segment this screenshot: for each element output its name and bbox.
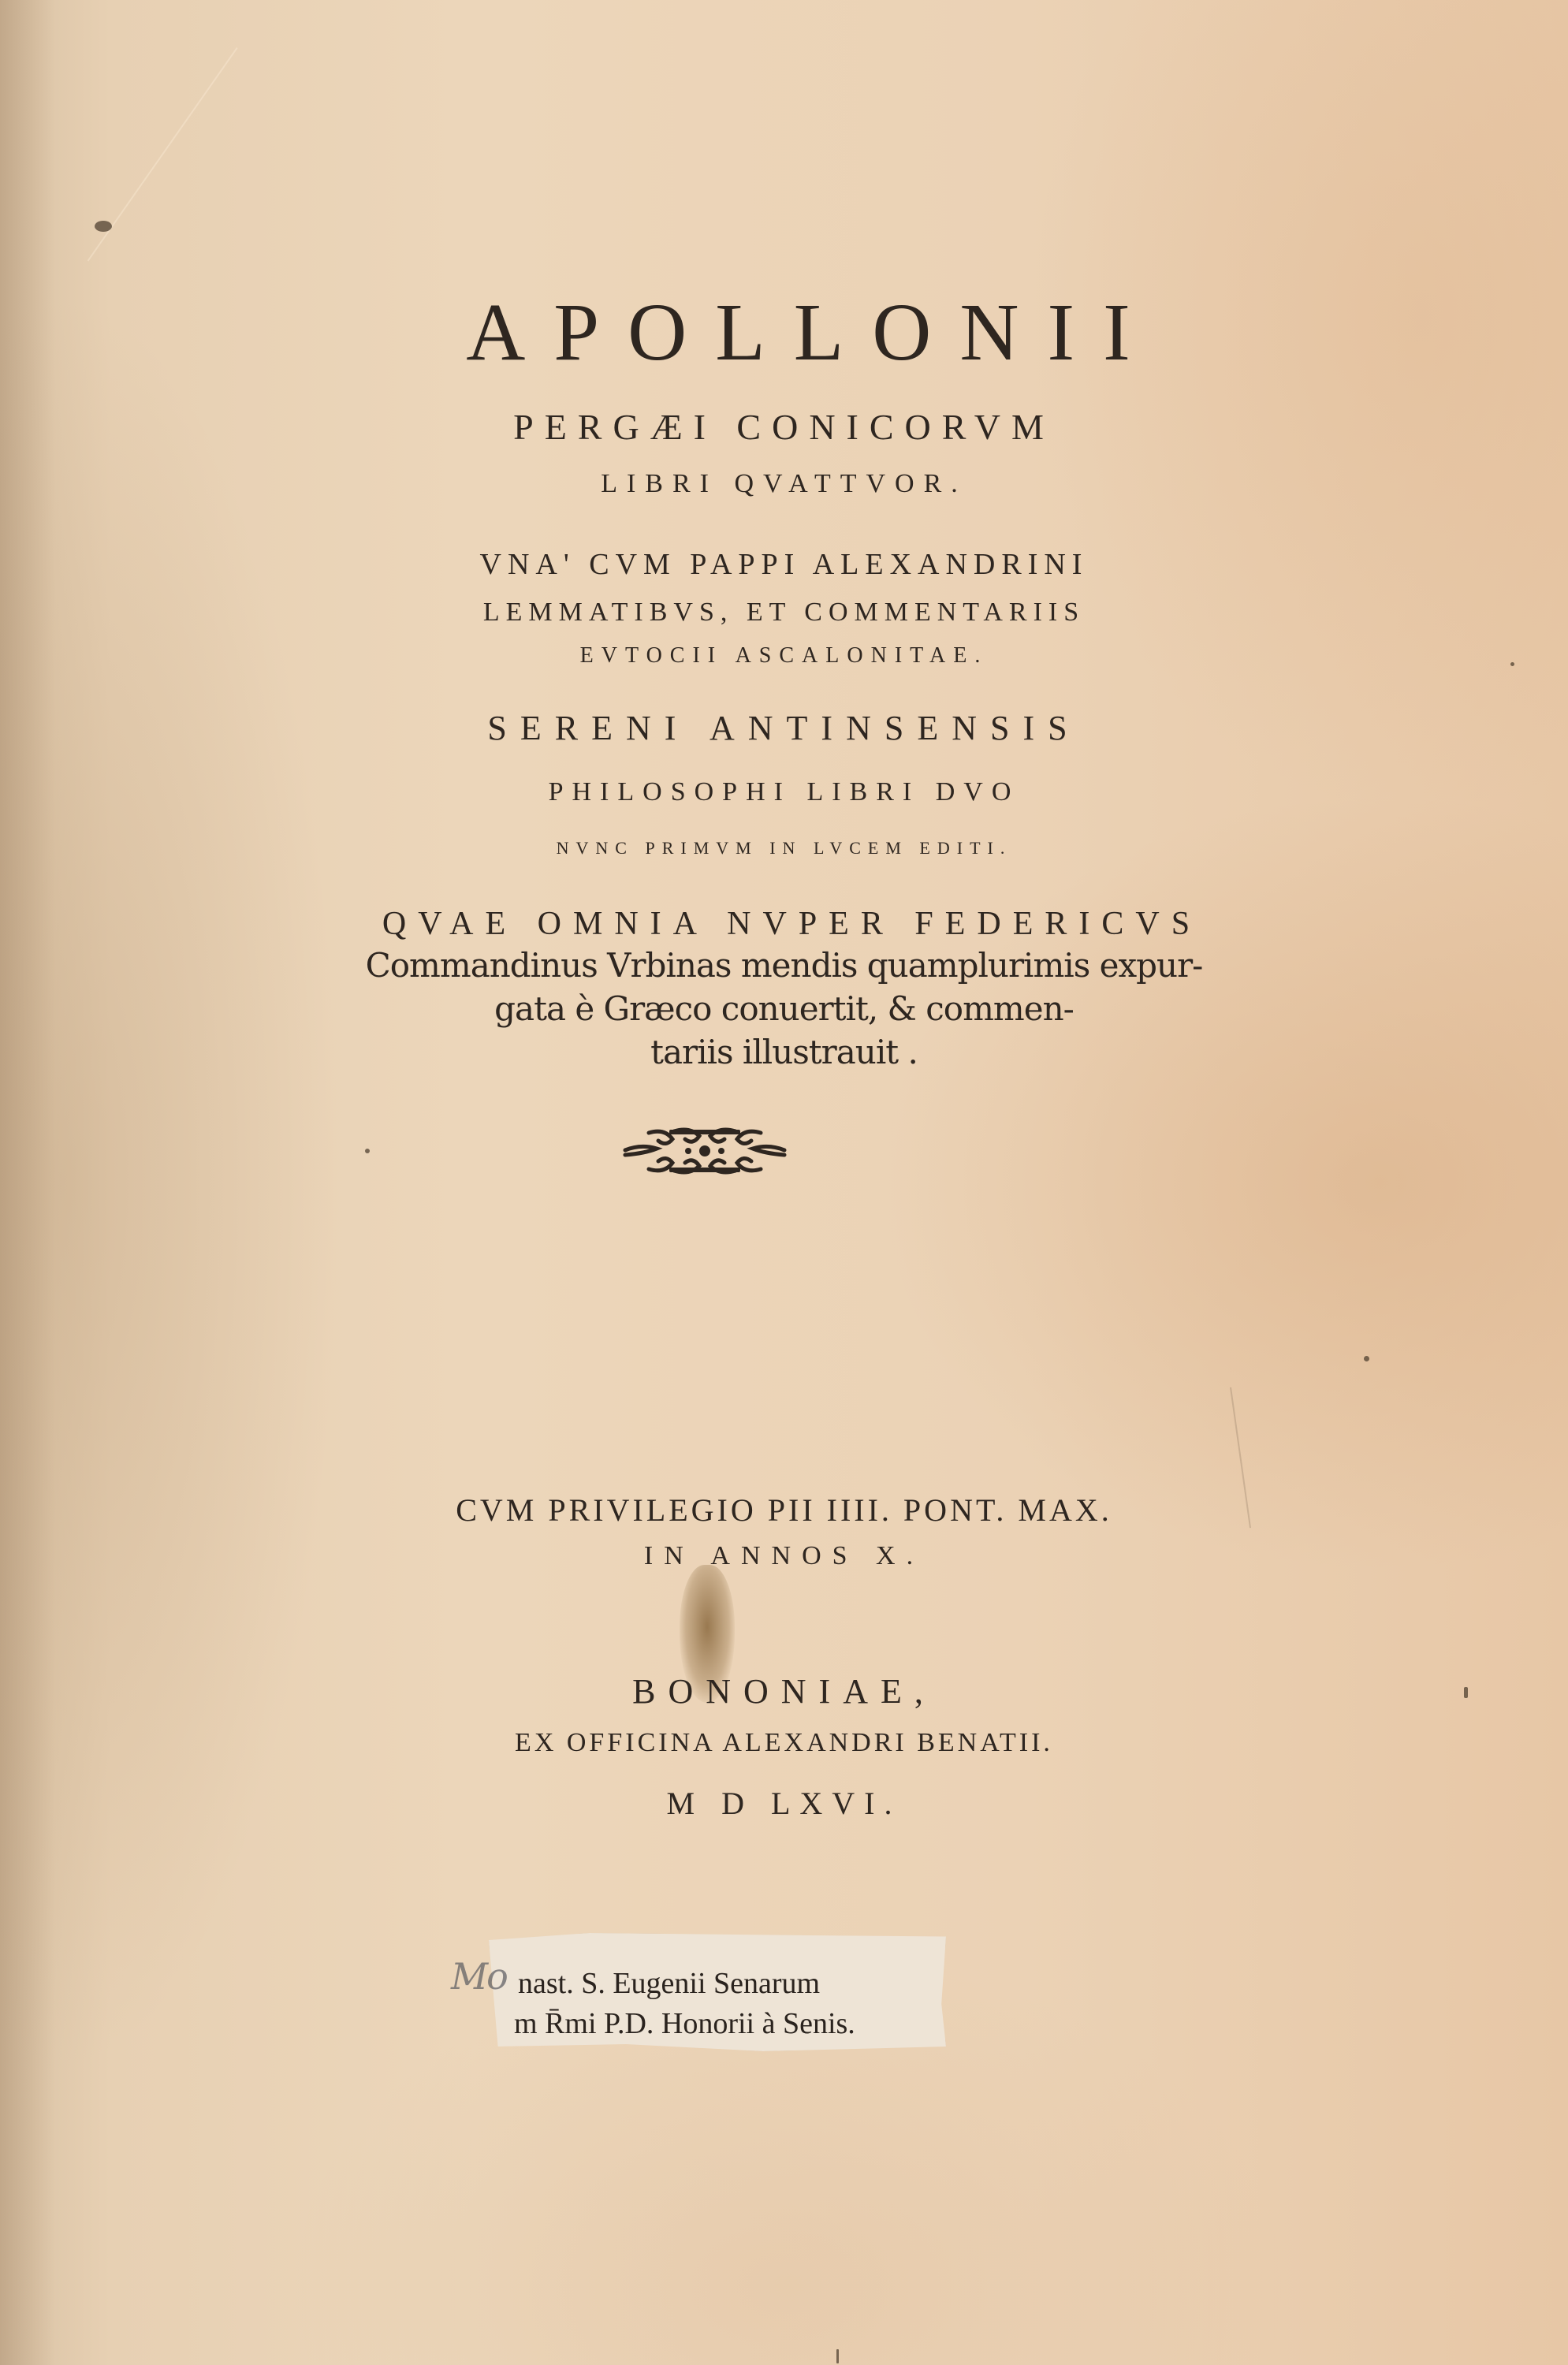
imprint-place: BONONIAE,	[0, 1671, 1568, 1711]
ownership-handwritten-prefix: Mo	[451, 1955, 507, 1998]
editor-line-quae-omnia: QVAE OMNIA NVPER FEDERICVS	[0, 905, 1568, 943]
title-line-libri-quattuor: LIBRI QVATTVOR.	[0, 469, 1568, 499]
title-page: APOLLONII PERGÆI CONICORVM LIBRI QVATTVO…	[0, 0, 1568, 2365]
editor-line-tariis: tariis illustrauit .	[0, 1033, 1568, 1071]
foxing-speck	[95, 221, 112, 232]
title-line-una-cum-pappi: VNA' CVM PAPPI ALEXANDRINI	[0, 547, 1568, 582]
privilege-years-line: IN ANNOS X.	[0, 1541, 1568, 1571]
imprint-printer: EX OFFICINA ALEXANDRI BENATII.	[0, 1728, 1568, 1758]
editor-line-commandinus: Commandinus Vrbinas mendis quamplurimis …	[0, 946, 1568, 985]
author-title: APOLLONII	[0, 285, 1568, 379]
ownership-label-line1: nast. S. Eugenii Senarum	[518, 1966, 820, 2001]
ownership-label-line2: m R̄mi P.D. Honorii à Senis.	[514, 2006, 855, 2041]
title-line-nunc-primum: NVNC PRIMVM IN LVCEM EDITI.	[0, 838, 1568, 858]
editor-line-gata: gata è Græco conuertit, & commen-	[0, 989, 1568, 1028]
title-line-philosophi: PHILOSOPHI LIBRI DVO	[0, 777, 1568, 807]
title-line-lemmatibus: LEMMATIBVS, ET COMMENTARIIS	[0, 598, 1568, 628]
imprint-year: M D LXVI.	[0, 1785, 1568, 1822]
privilege-line: CVM PRIVILEGIO PII IIII. PONT. MAX.	[0, 1492, 1568, 1529]
printers-fleuron-ornament-icon	[617, 1123, 792, 1179]
foxing-speck	[1364, 1356, 1369, 1361]
title-line-sereni: SERENI ANTINSENSIS	[0, 708, 1568, 748]
foxing-speck	[836, 2349, 839, 2363]
title-line-pergaei: PERGÆI CONICORVM	[0, 406, 1568, 448]
title-line-eutocii: EVTOCII ASCALONITAE.	[0, 643, 1568, 669]
foxing-speck	[365, 1149, 370, 1153]
